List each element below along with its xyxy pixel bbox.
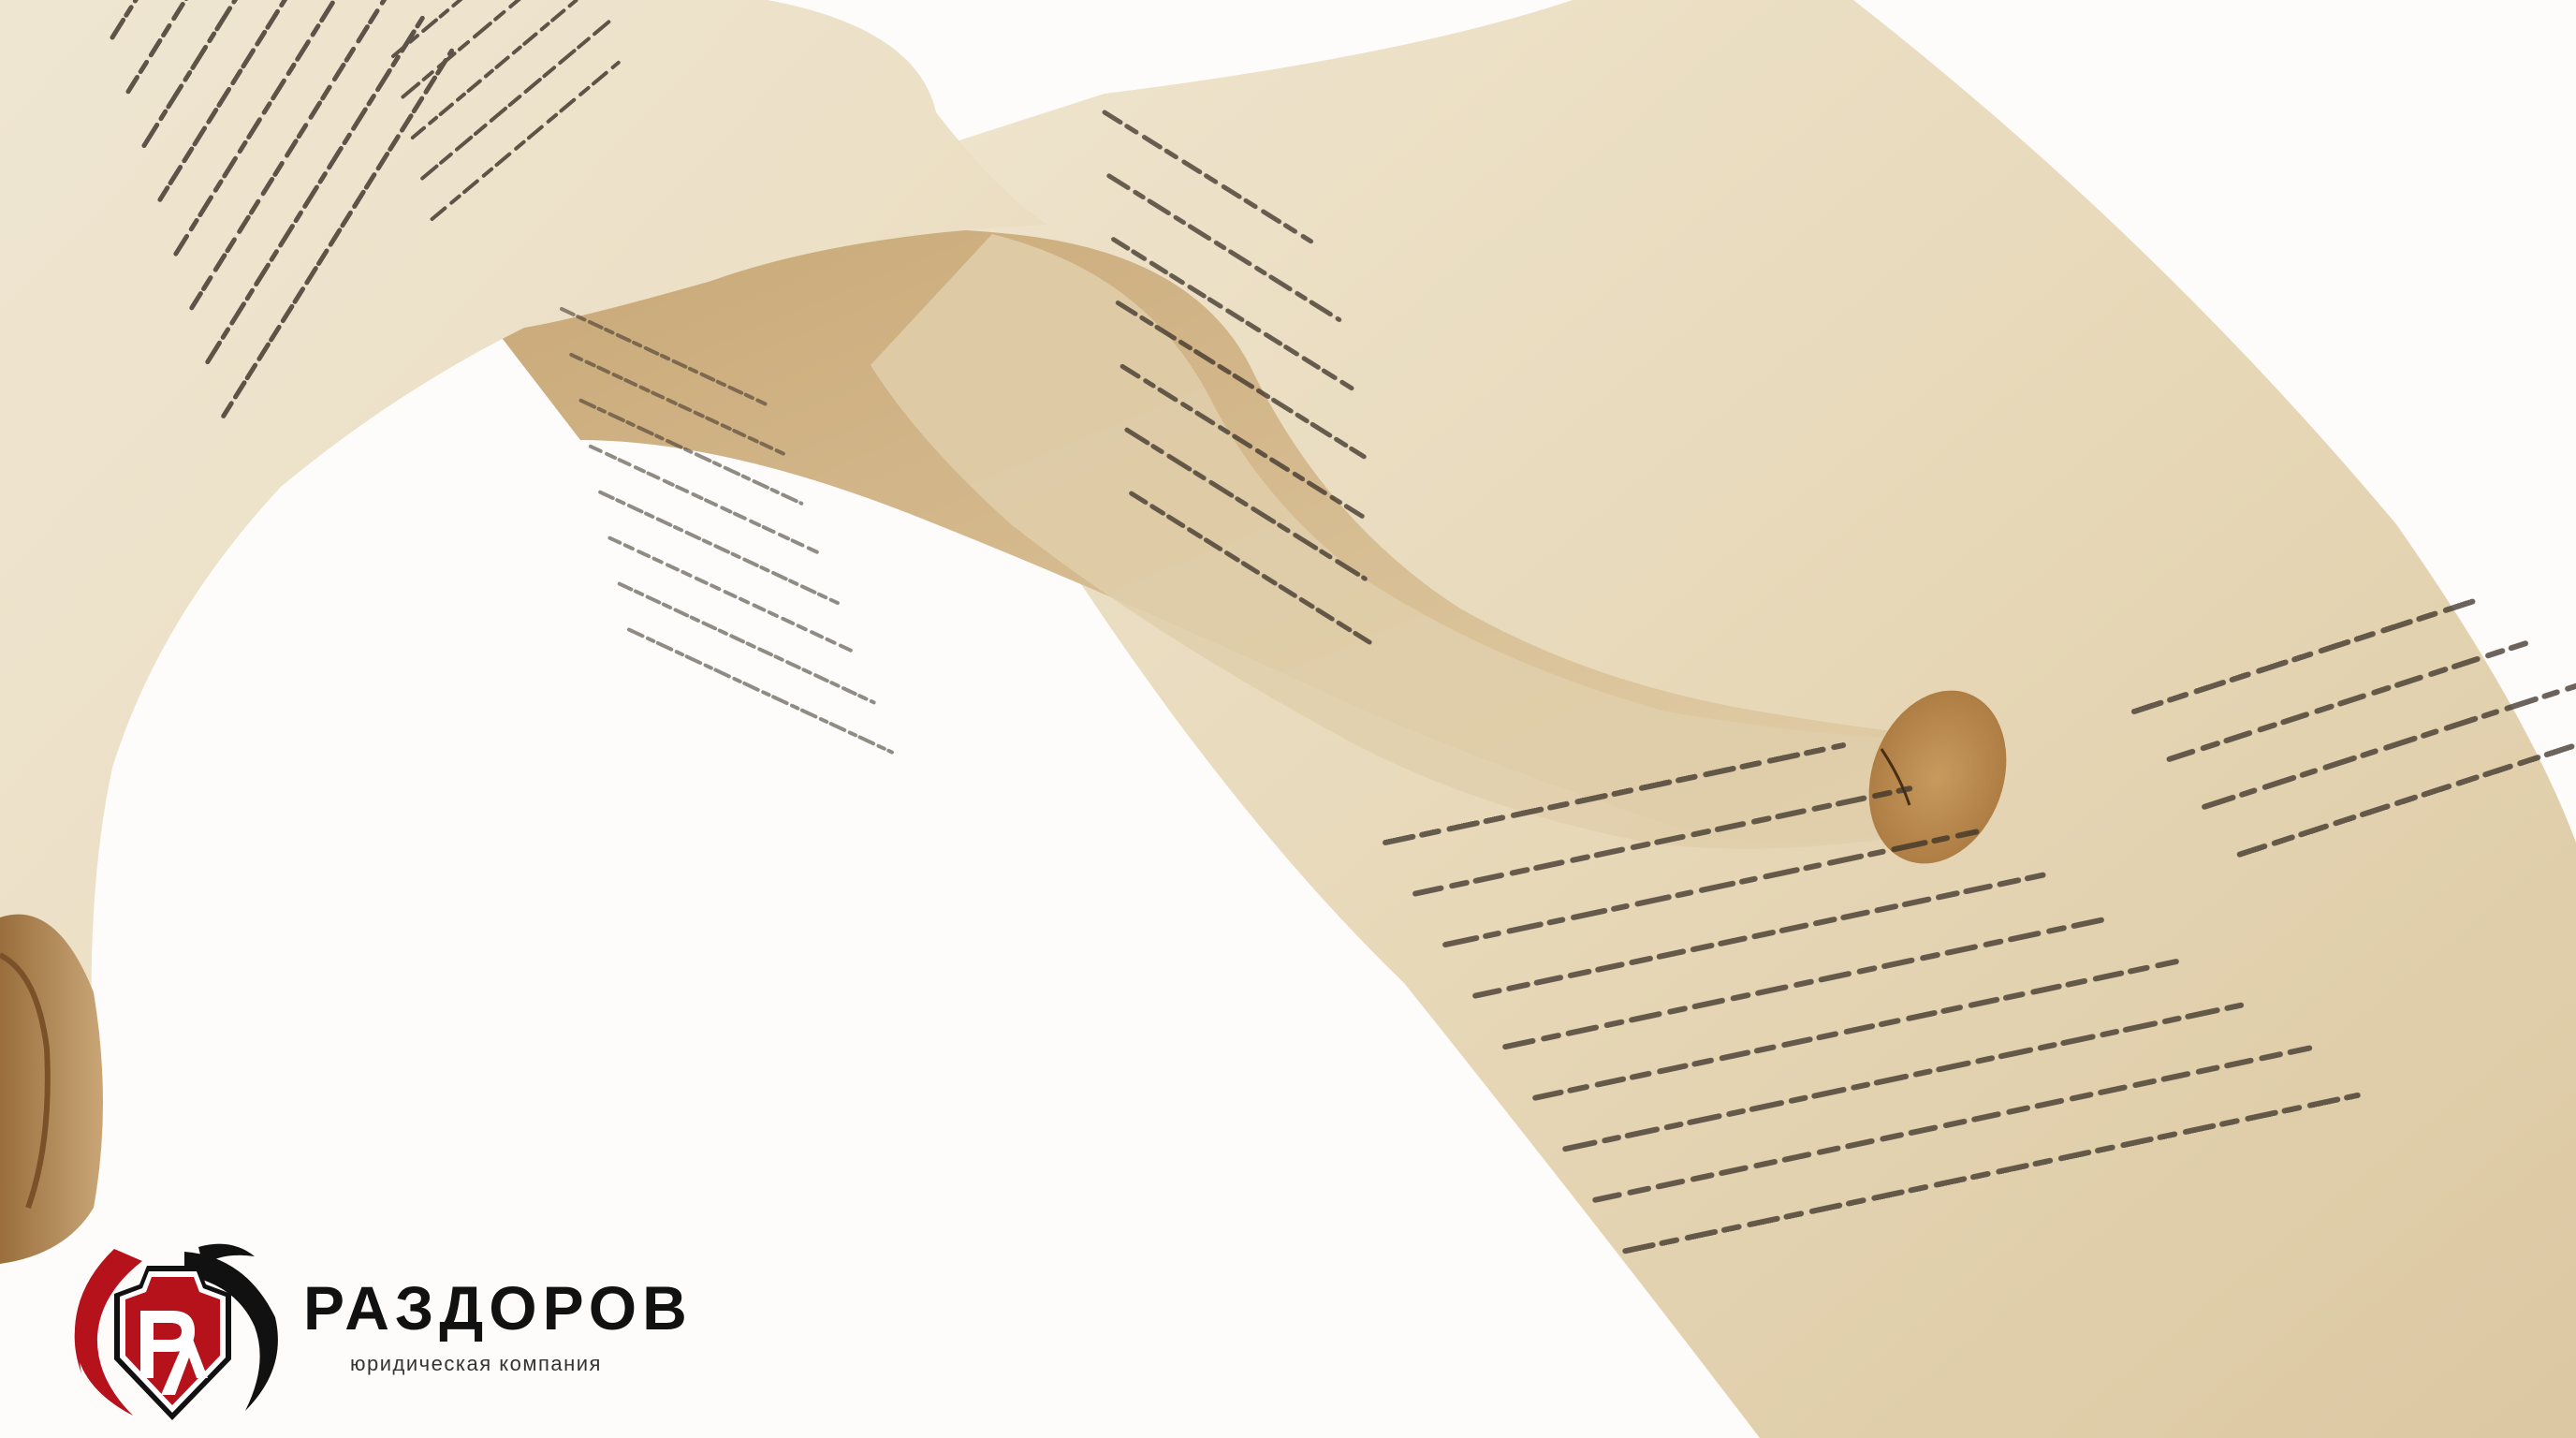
- shield-monogram-icon: [58, 1238, 287, 1425]
- company-logo[interactable]: РАЗДОРОВ юридическая компания: [58, 1238, 713, 1425]
- scroll-photo: РАЗДОРОВ юридическая компания: [0, 0, 2576, 1438]
- parchment-scroll-illustration: [0, 0, 2576, 1438]
- company-name: РАЗДОРОВ: [303, 1277, 693, 1339]
- company-tagline: юридическая компания: [350, 1354, 602, 1374]
